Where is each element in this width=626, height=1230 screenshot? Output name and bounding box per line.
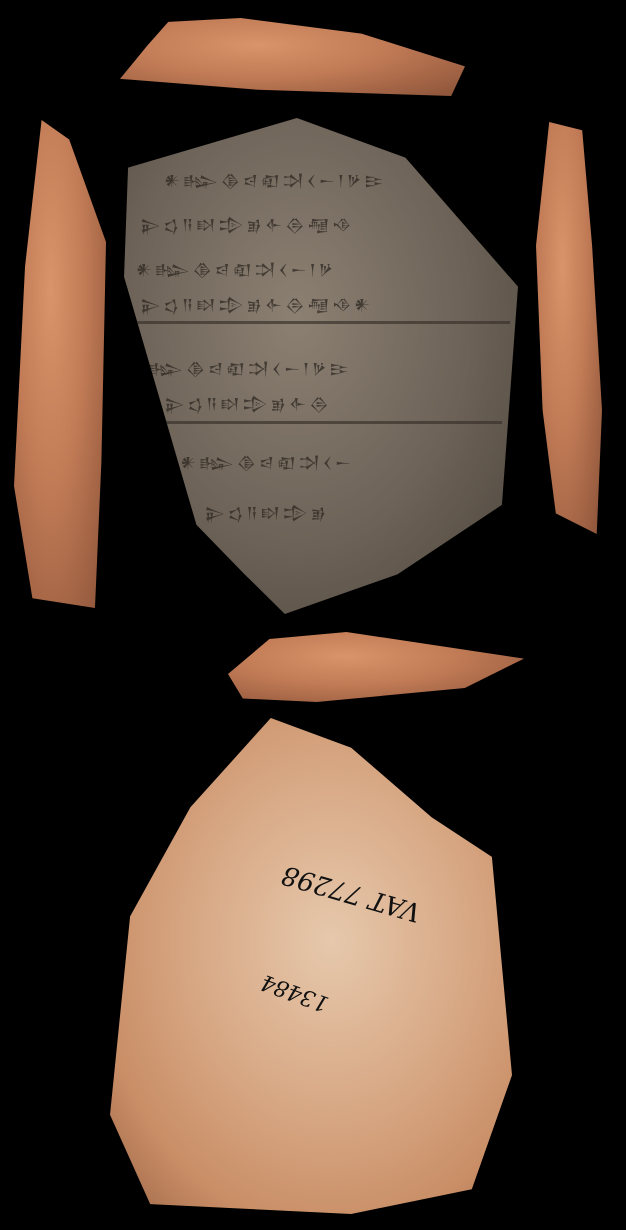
obverse-view: 𒀭𒈗𒆠𒁀𒊏𒋫𒌋𒀸𒁹𒃻𒄿 𒉌𒌓𒀀𒊭𒄠𒂊𒅆𒁲𒆷𒈾 𒀭𒈗𒆠𒁀𒊏𒋫𒌋𒀸𒁹𒃻 𒉌𒌓𒀀𒊭𒄠𒂊… [116, 118, 518, 614]
left-edge-view [14, 120, 106, 608]
cuneiform-row: 𒀭𒈗𒆠𒁀𒊏𒋫𒌋𒀸𒁹𒃻𒄿 [164, 163, 486, 197]
top-edge-view [120, 18, 465, 96]
right-edge-view [536, 122, 602, 534]
museum-number-label: VAT 77298 [279, 859, 424, 927]
cuneiform-row: 𒉌𒌓𒀀𒊭𒄠𒂊𒅆𒁲𒆷𒈾𒀭 [140, 287, 510, 321]
cuneiform-row: 𒈗𒆠𒁀𒊏𒋫𒌋𒀸𒁹𒃻𒄿 [148, 351, 502, 385]
cuneiform-row: 𒀭𒈗𒆠𒁀𒊏𒋫𒌋𒀸𒁹𒃻 [136, 252, 506, 286]
cuneiform-row: 𒀭𒈗𒆠𒁀𒊏𒋫𒌋𒀸 [180, 445, 486, 479]
excavation-number-label: 13484 [258, 969, 332, 1016]
ruling-line [156, 421, 502, 424]
ruling-line [132, 321, 510, 324]
bottom-edge-view [228, 632, 524, 702]
cuneiform-row: 𒉌𒌓𒀀𒊭𒄠𒂊𒅆𒁲𒆷𒈾 [140, 207, 502, 241]
cuneiform-row: 𒉌𒌓𒀀𒊭𒄠𒂊 [204, 495, 429, 529]
reverse-view: VAT 77298 13484 [110, 718, 512, 1214]
cuneiform-row: 𒉌𒌓𒀀𒊭𒄠𒂊𒅆𒁲 [164, 386, 502, 420]
